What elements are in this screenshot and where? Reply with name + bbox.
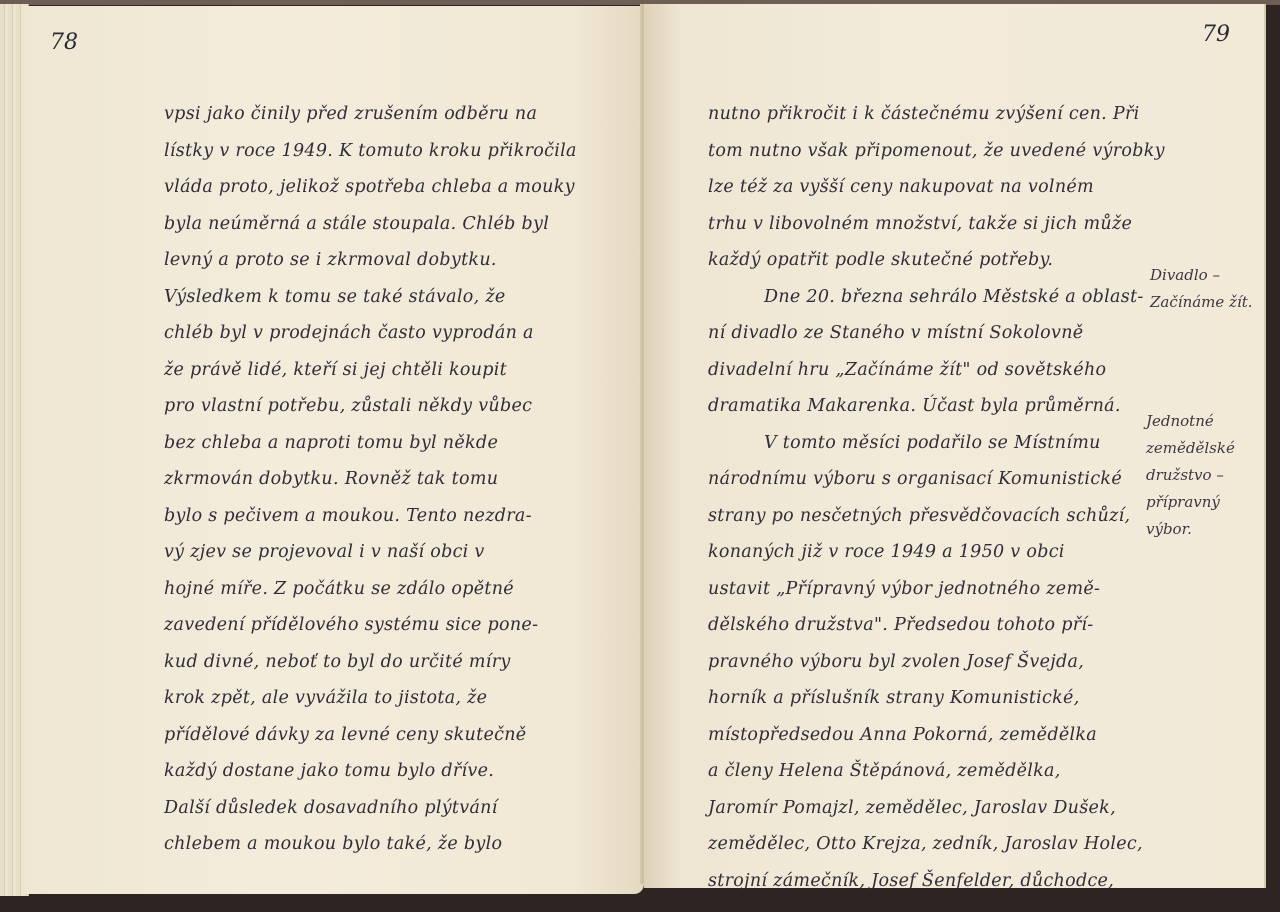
text-line: konaných již v roce 1949 a 1950 v obci <box>708 534 1165 571</box>
text-line: zemědělec, Otto Krejza, zedník, Jaroslav… <box>708 826 1165 863</box>
text-line: bez chleba a naproti tomu byl někde <box>164 425 577 462</box>
text-line: zkrmován dobytku. Rovněž tak tomu <box>164 461 577 498</box>
text-line: každý dostane jako tomu bylo dříve. <box>164 753 577 790</box>
text-line: Dne 20. března sehrálo Městské a oblast- <box>708 279 1165 316</box>
text-line: kud divné, neboť to byl do určité míry <box>164 644 577 681</box>
text-line: že právě lidé, kteří si jej chtěli koupi… <box>164 352 577 389</box>
margin-note-line: Divadlo – <box>1150 262 1253 289</box>
text-line: pro vlastní potřebu, zůstali někdy vůbec <box>164 388 577 425</box>
text-line: Jaromír Pomajzl, zemědělec, Jaroslav Duš… <box>708 790 1165 827</box>
text-line: trhu v libovolném množství, takže si jic… <box>708 206 1165 243</box>
text-line: strojní zámečník, Josef Šenfelder, důcho… <box>708 863 1165 900</box>
text-line: hojné míře. Z počátku se zdálo opětné <box>164 571 577 608</box>
text-line: dramatika Makarenka. Účast byla průměrná… <box>708 388 1165 425</box>
text-line: tom nutno však připomenout, že uvedené v… <box>708 133 1165 170</box>
left-page-number: 78 <box>50 30 78 55</box>
text-line: divadelní hru „Začínáme žít" od sovětské… <box>708 352 1165 389</box>
book-spread: 78 vpsi jako činily před zrušením odběru… <box>0 0 1280 912</box>
text-line: vláda proto, jelikož spotřeba chleba a m… <box>164 169 577 206</box>
margin-note-line: přípravný <box>1146 489 1235 516</box>
text-line: Výsledkem k tomu se také stávalo, že <box>164 279 577 316</box>
text-line: dělského družstva". Předsedou tohoto pří… <box>708 607 1165 644</box>
text-line: ustavit „Přípravný výbor jednotného země… <box>708 571 1165 608</box>
text-line: chléb byl v prodejnách často vyprodán a <box>164 315 577 352</box>
left-page-text: vpsi jako činily před zrušením odběru na… <box>164 96 577 863</box>
text-line: byla neúměrná a stále stoupala. Chléb by… <box>164 206 577 243</box>
right-page-number: 79 <box>1202 22 1230 47</box>
text-line: pravného výboru byl zvolen Josef Švejda, <box>708 644 1165 681</box>
margin-note-theatre: Divadlo – Začínáme žít. <box>1150 262 1253 316</box>
text-line: lze též za vyšší ceny nakupovat na volné… <box>708 169 1165 206</box>
text-line: přídělové dávky za levné ceny skutečně <box>164 717 577 754</box>
text-line: bylo s pečivem a moukou. Tento nezdra- <box>164 498 577 535</box>
text-line: národnímu výboru s organisací Komunistic… <box>708 461 1165 498</box>
text-line: krok zpět, ale vyvážila to jistota, že <box>164 680 577 717</box>
text-line: ní divadlo ze Staného v místní Sokolovně <box>708 315 1165 352</box>
text-line: zavedení přídělového systému sice pone- <box>164 607 577 644</box>
text-line: lístky v roce 1949. K tomuto kroku přikr… <box>164 133 577 170</box>
margin-note-cooperative: Jednotné zemědělské družstvo – přípravný… <box>1146 408 1235 543</box>
text-line: místopředsedou Anna Pokorná, zemědělka <box>708 717 1165 754</box>
margin-note-line: výbor. <box>1146 516 1235 543</box>
margin-note-line: Jednotné <box>1146 408 1235 435</box>
text-line: nutno přikročit i k částečnému zvýšení c… <box>708 96 1165 133</box>
text-line: levný a proto se i zkrmoval dobytku. <box>164 242 577 279</box>
text-line: a členy Helena Štěpánová, zemědělka, <box>708 753 1165 790</box>
text-line: vý zjev se projevoval i v naší obci v <box>164 534 577 571</box>
text-line: horník a příslušník strany Komunistické, <box>708 680 1165 717</box>
text-line: strany po nesčetných přesvědčovacích sch… <box>708 498 1165 535</box>
text-line: Další důsledek dosavadního plýtvání <box>164 790 577 827</box>
margin-note-line: zemědělské <box>1146 435 1235 462</box>
text-line: chlebem a moukou bylo také, že bylo <box>164 826 577 863</box>
margin-note-line: družstvo – <box>1146 462 1235 489</box>
text-line: V tomto měsíci podařilo se Místnímu <box>708 425 1165 462</box>
text-line: vpsi jako činily před zrušením odběru na <box>164 96 577 133</box>
right-page-text: nutno přikročit i k částečnému zvýšení c… <box>708 96 1165 899</box>
margin-note-line: Začínáme žít. <box>1150 289 1253 316</box>
text-line: každý opatřit podle skutečné potřeby. <box>708 242 1165 279</box>
